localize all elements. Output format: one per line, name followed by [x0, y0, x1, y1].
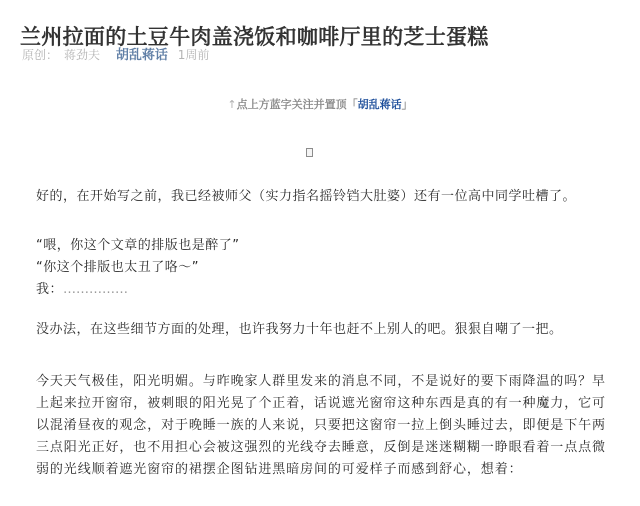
original-label: 原创：蒋劲夫: [22, 48, 106, 62]
follow-tip-close: 」: [402, 98, 413, 111]
quote-block: “喂，你这个文章的排版也是醉了” “你这个排版也太丑了咯～” 我：……………: [36, 235, 239, 301]
reply-dots: ……………: [63, 282, 128, 297]
reply-label: 我：: [36, 282, 63, 297]
quote-line: “喂，你这个文章的排版也是醉了”: [36, 235, 239, 257]
follow-tip-text: 点上方蓝字关注并置顶「: [237, 98, 358, 111]
follow-tip: ↑点上方蓝字关注并置顶「胡乱蒋话」: [0, 97, 640, 113]
text-line: 上起来拉开窗帘，被刺眼的阳光晃了个正着，话说遮光窗帘这种东西是真的有一种魔力，它…: [36, 393, 606, 415]
publish-time: 1周前: [178, 48, 210, 62]
paragraph-intro: 好的，在开始写之前，我已经被师父（实力指名摇铃铛大肚婆）还有一位高中同学吐槽了。: [36, 188, 576, 206]
text-line: 以混淆昼夜的观念，对于晚睡一族的人来说，只要把这窗帘一拉上倒头睡过去，即便是下午…: [36, 415, 606, 437]
text-line: 三点阳光正好，也不用担心会被这强烈的光线夺去睡意，反倒是迷迷糊糊一睁眼看着一点点…: [36, 437, 606, 459]
up-arrow-icon: ↑: [227, 98, 236, 111]
account-link[interactable]: 胡乱蒋话: [116, 48, 168, 63]
text-line: 弱的光线顺着遮光窗帘的裙摆企图钻进黑暗房间的可爱样子而感到舒心，想着：: [36, 459, 606, 481]
broken-image-icon: [306, 148, 313, 157]
reply-line: 我：……………: [36, 279, 239, 301]
follow-brand-link[interactable]: 胡乱蒋话: [358, 98, 402, 111]
quote-line: “你这个排版也太丑了咯～”: [36, 257, 239, 279]
paragraph-weather: 今天天气极佳，阳光明媚。与昨晚家人群里发来的消息不同，不是说好的要下雨降温的吗？…: [36, 371, 606, 481]
original-text: 原创：: [22, 48, 58, 62]
author-name: 蒋劲夫: [64, 48, 100, 62]
article-meta: 原创：蒋劲夫 胡乱蒋话 1周前: [22, 47, 215, 64]
text-line: 今天天气极佳，阳光明媚。与昨晚家人群里发来的消息不同，不是说好的要下雨降温的吗？…: [36, 371, 606, 393]
paragraph-self-mock: 没办法，在这些细节方面的处理，也许我努力十年也赶不上别人的吧。狠狠自嘲了一把。: [36, 321, 563, 339]
